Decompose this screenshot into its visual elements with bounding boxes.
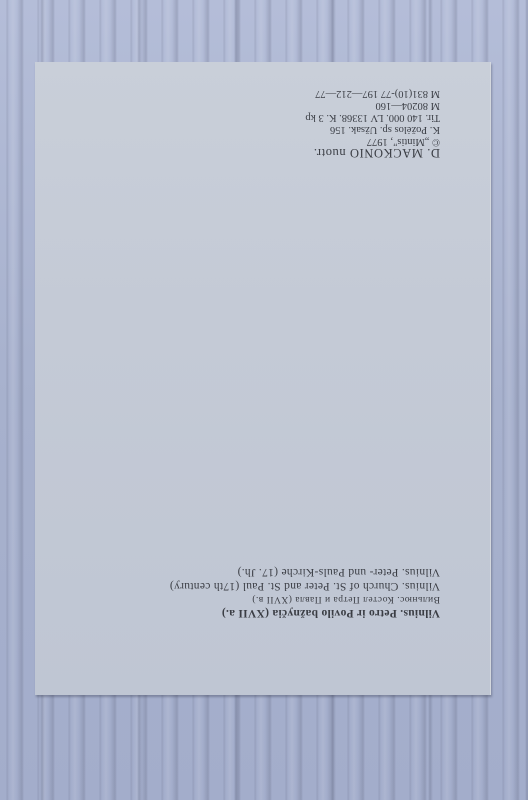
printer-line: K. Požėlos sp. Užsak. 156 [250,123,440,135]
catalog-code-line: M 80204—160 [250,99,440,111]
photographer-credit: D. MACKONIO nuotr. [250,147,440,159]
caption-german: Vilnius. Peter- und Pauls-Kirche (17. Jh… [100,565,440,579]
caption-lithuanian: Vilnius. Petro ir Povilo bažnyčia (XVII … [100,606,440,620]
index-code-line: M 831(10)-77 197—212—77 [250,87,440,99]
publisher-info-block: D. MACKONIO nuotr. © „Mintis", 1977 K. P… [250,87,440,159]
caption-russian: Вильнюс. Костел Петра и Павла (XVII в.) [100,592,440,606]
caption-english: Vilnius. Church of St. Peter and St. Pau… [100,579,440,593]
caption-block: Vilnius. Petro ir Povilo bažnyčia (XVII … [100,565,440,619]
postcard: D. MACKONIO nuotr. © „Mintis", 1977 K. P… [35,62,491,695]
print-run-line: Tir. 140 000. LV 13368. K. 3 kp [250,111,440,123]
